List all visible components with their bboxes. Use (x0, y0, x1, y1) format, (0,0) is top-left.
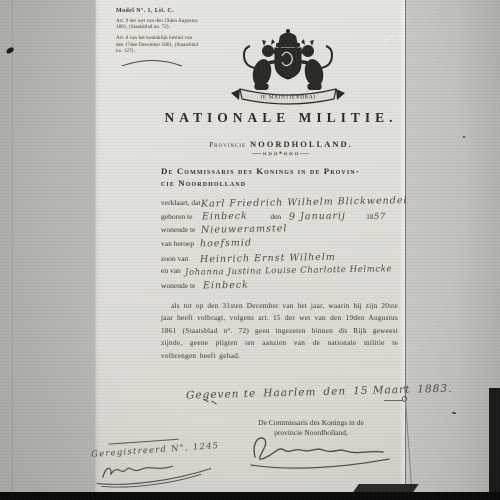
dust-speck (463, 136, 465, 138)
certificate-page: Model N°. 1, Lit. C. Art. 9 der wet van … (95, 0, 406, 500)
scan-bottom-edge (0, 492, 500, 500)
and-of-label: en van (161, 266, 181, 275)
field-father: zoon van Heinrich Ernst Wilhelm (161, 253, 399, 261)
pen-mark-line (384, 400, 403, 401)
declares-label: verklaart, dat (161, 198, 201, 207)
flourish-line-icon (120, 59, 184, 69)
mother-value: Johanna Justina Louise Charlotte Helmcke (185, 264, 392, 278)
residence-value: Nieuweramstel (201, 223, 288, 236)
pen-mark-loop (402, 396, 407, 402)
field-declares: verklaart, dat Karl Friedrich Wilhelm Bl… (161, 197, 399, 205)
parents-residence-label: wonende te (161, 281, 195, 290)
born-den-label: den (270, 212, 281, 221)
born-year-value: 57 (374, 211, 386, 221)
commissioner-signature: Schorer (239, 431, 397, 473)
background-right-panel (404, 0, 500, 500)
profession-label: van beroep (161, 239, 194, 248)
given-year: 1883. (417, 383, 452, 396)
dust-speck (289, 67, 291, 69)
son-of-label: zoon van (161, 254, 188, 263)
statutory-paragraph: als tot op den 31sten December van het j… (161, 300, 398, 362)
given-den: den (323, 385, 346, 398)
closing-line1: De Commissaris des Konings in de (236, 418, 386, 428)
profession-value: hoefsmid (200, 237, 252, 249)
ornament-divider: —»»»•«««— (131, 148, 431, 158)
motto-text: JE MAINTIENDRAI (260, 95, 316, 101)
born-place-value: Einbeck (202, 210, 248, 222)
document-scan: Model N°. 1, Lit. C. Art. 9 der wet van … (0, 0, 500, 500)
registration-block: Geregistreerd N°. 1245 N. Grantz (91, 435, 234, 491)
born-century-print: 18 (366, 212, 374, 221)
declaration-body: De Commissaris des Konings in de Provin-… (161, 165, 399, 288)
father-value: Heinrich Ernst Wilhelm (200, 251, 336, 264)
commissioner-heading-line1: De Commissaris des Konings in de Provin- (161, 165, 399, 177)
born-date-value: 9 Januarij (289, 210, 346, 222)
model-reference-block: Model N°. 1, Lit. C. Art. 9 der wet van … (116, 8, 200, 60)
field-born: geboren te Einbeck den 9 Januarij 18 57 (161, 211, 399, 219)
model-number: Model N°. 1, Lit. C. (116, 8, 200, 14)
field-profession: van beroep hoefsmid (161, 238, 399, 246)
law-reference-2: Art. 8 van het koninklijk besluit van de… (116, 36, 200, 55)
given-date: 15 Maart (353, 384, 411, 397)
field-residence: wonende te Nieuweramstel (161, 224, 399, 232)
background-crease (12, 0, 13, 500)
born-label: geboren te (161, 212, 192, 221)
law-reference-1: Art. 9 der wet van den 19den Augustus 18… (116, 19, 200, 31)
field-parents-residence: wonende te Einbeck (161, 280, 399, 288)
commissioner-heading-line2: cie Noordholland (161, 177, 399, 189)
document-title: NATIONALE MILITIE. (131, 110, 431, 126)
parents-residence-value: Einbeck (203, 279, 249, 291)
field-mother: en van Johanna Justina Louise Charlotte … (161, 266, 399, 274)
scan-edge-bar (489, 388, 500, 492)
ink-blot (5, 47, 14, 55)
dutch-royal-coat-of-arms-icon: JE MAINTIENDRAI (226, 26, 350, 110)
residence-label: wonende te (161, 225, 195, 234)
given-place: Haarlem (263, 386, 317, 399)
corner-shadow (353, 484, 419, 492)
given-at-label: Gegeven te (186, 388, 257, 402)
declares-value: Karl Friedrich Wilhelm Blickwendel (200, 195, 407, 210)
